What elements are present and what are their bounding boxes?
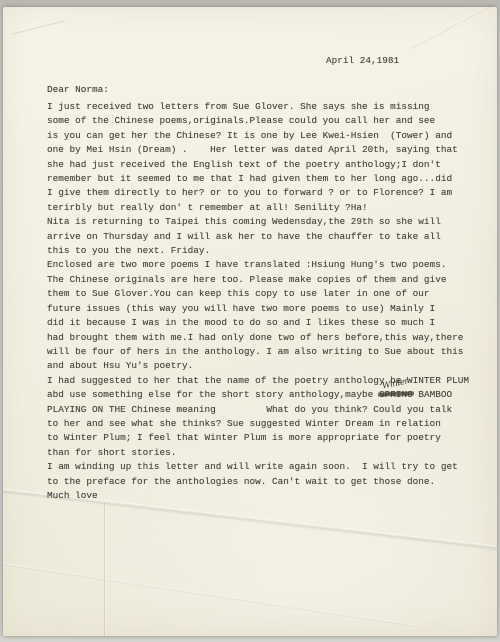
line-text: BAMBOO	[413, 389, 452, 400]
letter-line: I had suggested to her that the name of …	[47, 374, 491, 388]
letter-closing: Much love	[47, 489, 491, 503]
letter-line: abd use something else for the short sto…	[47, 388, 491, 402]
letter-line: than for short stories.	[47, 446, 491, 460]
letter-line: one by Mei Hsin (Dream) . Her letter was…	[47, 143, 491, 157]
handwritten-correction: Winter	[381, 378, 408, 391]
letter-line: arrive on Thursday and I will ask her to…	[47, 230, 491, 244]
letter-line: Enclosed are two more poems I have trans…	[47, 258, 491, 272]
letter-date: April 24,1981	[326, 54, 399, 68]
paper-crease	[104, 502, 105, 636]
letter-line: had brought them with me.I had only done…	[47, 331, 491, 345]
letter-line: and about Hsu Yu's poetry.	[47, 359, 491, 373]
letter-line: I am winding up this letter and will wri…	[47, 460, 491, 474]
letter-line: remember but it seemed to me that I had …	[47, 172, 491, 186]
letter-line: future issues (this way you will have tw…	[47, 302, 491, 316]
paper-crease	[3, 561, 416, 627]
paper-crease	[411, 7, 497, 49]
letter-line: I just received two letters from Sue Glo…	[47, 100, 491, 114]
letter-line: will be four of hers in the anthology. I…	[47, 345, 491, 359]
letter-salutation: Dear Norma:	[47, 83, 109, 97]
line-text: abd use something else for the short sto…	[47, 389, 379, 400]
letter-line: is you can get her the Chinese? It is on…	[47, 129, 491, 143]
letter-line: Nita is returning to Taipei this coming …	[47, 215, 491, 229]
letter-line: I give them directly to her? or to you t…	[47, 186, 491, 200]
struck-word: SPRINGWinter	[379, 388, 413, 402]
letter-line: terirbly but really don' t remember at a…	[47, 201, 491, 215]
scan-background: April 24,1981 Dear Norma: I just receive…	[0, 0, 500, 642]
letter-page: April 24,1981 Dear Norma: I just receive…	[3, 7, 497, 636]
letter-line: she had just received the English text o…	[47, 158, 491, 172]
paper-crease	[12, 20, 66, 34]
letter-line: PLAYING ON THE Chinese meaning What do y…	[47, 403, 491, 417]
letter-body: I just received two letters from Sue Glo…	[47, 100, 491, 503]
letter-line: The Chinese originals are here too. Plea…	[47, 273, 491, 287]
letter-line: to her and see what she thinks? Sue sugg…	[47, 417, 491, 431]
letter-line: to Winter Plum; I feel that Winter Plum …	[47, 431, 491, 445]
letter-line: to the preface for the anthologies now. …	[47, 475, 491, 489]
letter-line: some of the Chinese poems,originals.Plea…	[47, 114, 491, 128]
letter-line: this to you the next. Friday.	[47, 244, 491, 258]
letter-line: them to Sue Glover.You can keep this cop…	[47, 287, 491, 301]
letter-line: did it because I was in the mood to do s…	[47, 316, 491, 330]
